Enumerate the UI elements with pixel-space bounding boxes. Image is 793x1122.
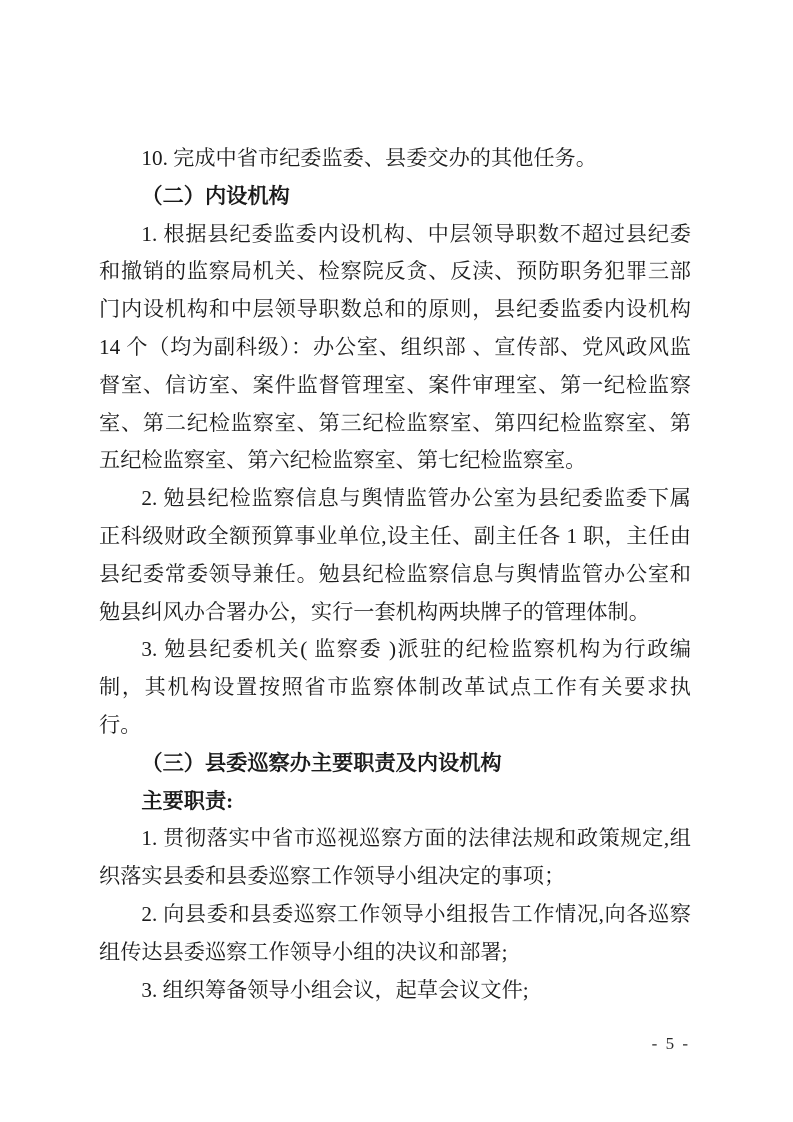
paragraph-dispatched-org: 3. 勉县纪委机关( 监察委 )派驻的纪检监察机构为行政编制，其机构设置按照省市… [99, 631, 691, 744]
section-heading-internal-org: （二）内设机构 [99, 178, 691, 216]
paragraph-duty-3: 3. 组织筹备领导小组会议，起草会议文件; [99, 972, 691, 1010]
paragraph-other-tasks: 10. 完成中省市纪委监委、县委交办的其他任务。 [99, 140, 691, 178]
paragraph-duty-1: 1. 贯彻落实中省市巡视巡察方面的法律法规和政策规定,组织落实县委和县委巡察工作… [99, 820, 691, 896]
paragraph-duty-2: 2. 向县委和县委巡察工作领导小组报告工作情况,向各巡察组传达县委巡察工作领导小… [99, 896, 691, 972]
subheading-main-duties: 主要职责: [99, 783, 691, 821]
paragraph-info-office: 2. 勉县纪检监察信息与舆情监管办公室为县纪委监委下属正科级财政全额预算事业单位… [99, 480, 691, 631]
document-page: 10. 完成中省市纪委监委、县委交办的其他任务。 （二）内设机构 1. 根据县纪… [0, 0, 793, 1122]
page-number: - 5 - [652, 1034, 690, 1054]
section-heading-inspection-office: （三）县委巡察办主要职责及内设机构 [99, 745, 691, 783]
paragraph-org-setup: 1. 根据县纪委监委内设机构、中层领导职数不超过县纪委和撤销的监察局机关、检察院… [99, 216, 691, 481]
document-body: 10. 完成中省市纪委监委、县委交办的其他任务。 （二）内设机构 1. 根据县纪… [99, 140, 691, 1009]
